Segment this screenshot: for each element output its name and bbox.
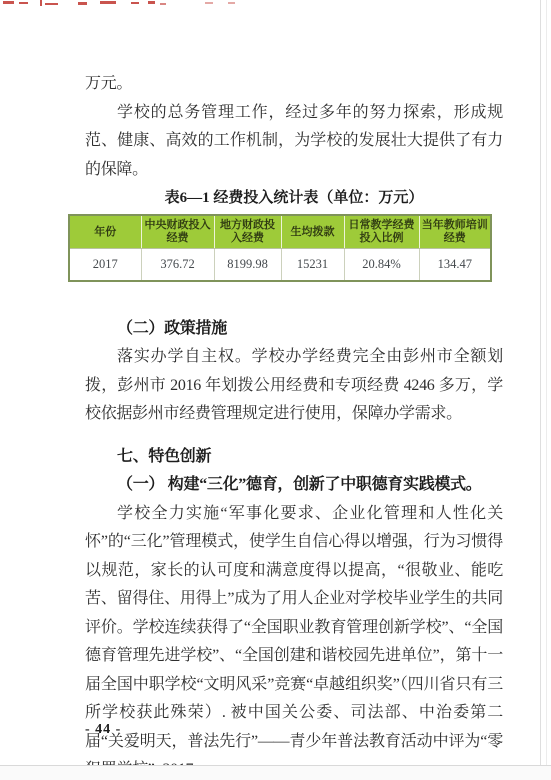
table-header-cell: 当年教师培训经费	[419, 215, 491, 249]
red-fragment	[40, 0, 42, 6]
heading-innovation: 七、特色创新	[85, 443, 503, 472]
table-caption: 表6—1 经费投入统计表（单位：万元）	[85, 188, 503, 208]
table-cell-central-funding: 376.72	[141, 249, 214, 281]
red-fragment	[78, 2, 87, 5]
document-body: 万元。 学校的总务管理工作，经过多年的努力探索，形成规范、健康、高效的工作机制，…	[85, 70, 503, 780]
heading-policy-measures: （二）政策措施	[85, 315, 503, 344]
red-fragment	[100, 1, 116, 4]
cut-off-red-header	[0, 0, 260, 8]
red-fragment	[205, 2, 213, 4]
table-header-cell: 生均拨款	[281, 215, 344, 249]
funding-table: 年份 中央财政投入经费 地方财政投入经费 生均拨款 日常教学经费投入比例 当年教…	[68, 214, 492, 282]
paragraph-moral-education: 学校全力实施“军事化要求、企业化管理和人性化关怀”的“三化”管理模式，使学生自信…	[85, 500, 503, 780]
table-header-row: 年份 中央财政投入经费 地方财政投入经费 生均拨款 日常教学经费投入比例 当年教…	[69, 215, 491, 249]
table-row: 2017 376.72 8199.98 15231 20.84% 134.47	[69, 249, 491, 281]
table-cell-teaching-ratio: 20.84%	[344, 249, 419, 281]
red-fragment	[148, 1, 155, 4]
red-fragment	[45, 3, 58, 5]
table-cell-per-student: 15231	[281, 249, 344, 281]
page-edge-line	[546, 0, 547, 766]
heading-moral-education: （一） 构建“三化”德育，创新了中职德育实践模式。	[85, 471, 503, 500]
paragraph-continuation: 万元。	[85, 70, 503, 99]
page-number: - 44 -	[85, 722, 121, 738]
paragraph-policy: 落实办学自主权。学校办学经费完全由彭州市全额划拨，彭州市 2016 年划拨公用经…	[85, 343, 503, 429]
red-fragment	[228, 2, 235, 4]
page-edge-line	[540, 0, 541, 766]
page-bottom-area	[0, 766, 551, 780]
table-cell-year: 2017	[69, 249, 141, 281]
document-page: 万元。 学校的总务管理工作，经过多年的努力探索，形成规范、健康、高效的工作机制，…	[0, 0, 551, 780]
table-header-cell: 日常教学经费投入比例	[344, 215, 419, 249]
paragraph-admin-work: 学校的总务管理工作，经过多年的努力探索，形成规范、健康、高效的工作机制，为学校的…	[85, 99, 503, 185]
table-header-cell: 中央财政投入经费	[141, 215, 214, 249]
table-header-cell: 年份	[69, 215, 141, 249]
red-fragment	[131, 2, 139, 4]
table-header-cell: 地方财政投入经费	[214, 215, 281, 249]
table-cell-local-funding: 8199.98	[214, 249, 281, 281]
red-fragment	[160, 3, 166, 5]
table-cell-training-funding: 134.47	[419, 249, 491, 281]
red-fragment	[19, 2, 28, 4]
red-fragment	[3, 1, 14, 4]
